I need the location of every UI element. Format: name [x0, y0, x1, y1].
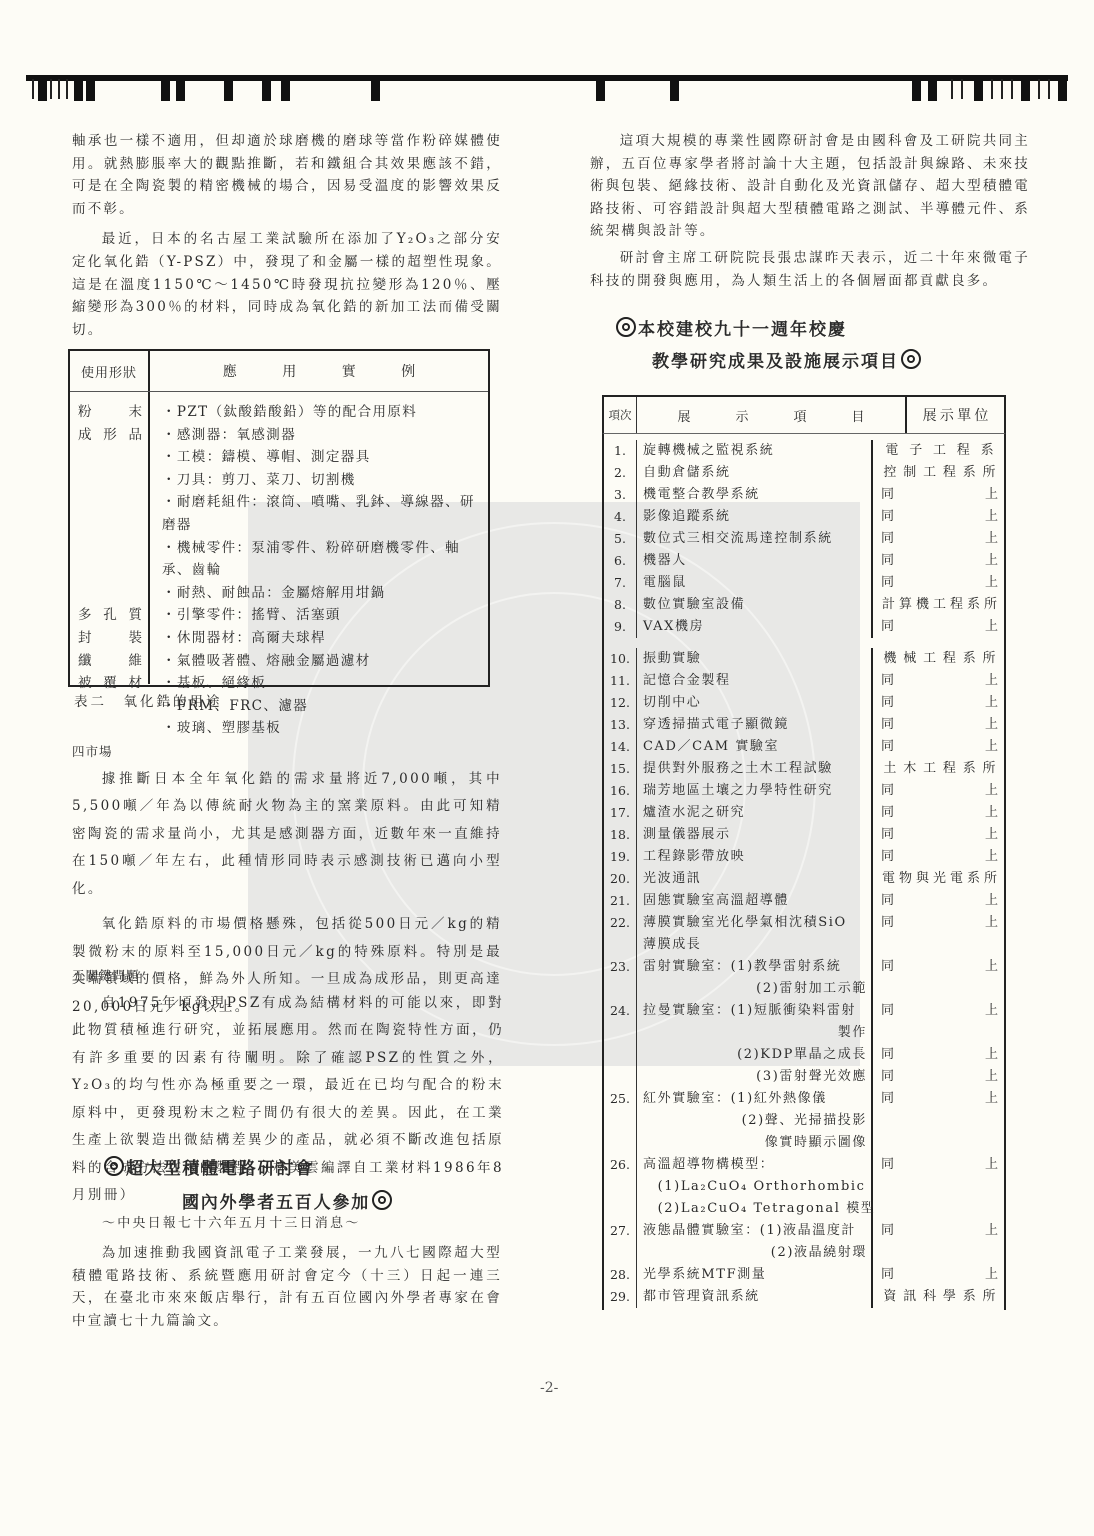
- header-char: 用: [282, 361, 296, 381]
- header-post: [1058, 79, 1067, 101]
- exhibit-row: (2)雷射加工示範: [604, 978, 1004, 1000]
- exhibit-row: 18.測量儀器展示同上: [604, 824, 1004, 846]
- exhibit-row: 22.薄膜實驗室光化學氣相沈積SiO同上: [604, 912, 1004, 934]
- exhibit-unit: 同上: [873, 616, 1004, 638]
- exhibit-row: 15.提供對外服務之土木工程試驗土木工程系所: [604, 758, 1004, 780]
- row-number: [604, 1022, 637, 1044]
- exhibit-unit: [873, 1022, 1004, 1044]
- exhibit-item: 數位實驗室設備: [637, 594, 873, 616]
- exhibit-unit: [873, 934, 1004, 956]
- row-number: 3.: [604, 484, 637, 506]
- exhibit-unit: 同上: [873, 780, 1004, 802]
- exhibit-unit: 同上: [873, 1154, 1004, 1176]
- exhibit-unit: [873, 978, 1004, 1000]
- header-tick: [1038, 79, 1040, 99]
- left-column-intro: 軸承也一樣不適用，但却適於球磨機的磨球等當作粉碎媒體使用。就熱膨脹率大的觀點推斷…: [72, 130, 502, 341]
- exhibit-row: (2)La₂CuO₄ Tetragonal 模型: [604, 1198, 1004, 1220]
- exhibit-row: 8.數位實驗室設備計算機工程系所: [604, 594, 1004, 616]
- exhibit-unit: 同上: [873, 1264, 1004, 1286]
- header-no: 項次: [604, 397, 637, 433]
- row-number: 18.: [604, 824, 637, 846]
- row-number: [604, 1132, 637, 1154]
- news-title-line-1: 超大型積體電路研討會: [102, 1154, 314, 1179]
- exhibit-item: (2)聲、光掃描投影: [637, 1110, 873, 1132]
- form-category: 多孔質: [70, 604, 148, 627]
- exhibit-unit: 計算機工程系所: [873, 594, 1004, 616]
- form-category: [70, 446, 148, 469]
- row-number: 13.: [604, 714, 637, 736]
- row-number: 19.: [604, 846, 637, 868]
- exhibit-row: 17.爐渣水泥之研究同上: [604, 802, 1004, 824]
- exhibit-item: 光學系統MTF測量: [637, 1264, 873, 1286]
- exhibit-item: 固態實驗室高溫超導體: [637, 890, 873, 912]
- application-example: ・引擎零件：搖臂、活塞頭: [162, 604, 488, 627]
- row-number: 17.: [604, 802, 637, 824]
- header-post: [974, 79, 983, 101]
- header-decoration-bar: [26, 75, 1068, 105]
- row-number: 29.: [604, 1286, 637, 1308]
- exhibit-row: 2.自動倉儲系統控制工程系所: [604, 462, 1004, 484]
- form-category: [70, 514, 148, 537]
- exhibit-unit: 同上: [873, 912, 1004, 934]
- row-number: 25.: [604, 1088, 637, 1110]
- header-tick: [32, 79, 34, 99]
- header-tick: [58, 79, 60, 99]
- row-number: 8.: [604, 594, 637, 616]
- exhibit-rows-part-1: 1.旋轉機械之監視系統電子工程系2.自動倉儲系統控制工程系所3.機電整合教學系統…: [602, 434, 1006, 644]
- exhibit-item: 都市管理資訊系統: [637, 1286, 873, 1308]
- header-char: 實: [342, 361, 356, 381]
- exhibit-rows-part-2: 10.振動實驗機械工程系所11.記憶合金製程同上12.切削中心同上13.穿透掃描…: [602, 644, 1006, 1310]
- exhibit-unit: 同上: [873, 550, 1004, 572]
- exhibit-item: 提供對外服務之土木工程試驗: [637, 758, 873, 780]
- header-post: [928, 79, 937, 101]
- exhibit-unit: 同上: [873, 1044, 1004, 1066]
- row-number: [604, 978, 637, 1000]
- header-tick: [66, 79, 68, 99]
- exhibit-unit: [873, 1242, 1004, 1264]
- exhibit-item: 爐渣水泥之研究: [637, 802, 873, 824]
- flower-icon: [901, 349, 921, 369]
- header-post: [1021, 79, 1030, 101]
- header-post: [161, 79, 170, 101]
- exhibit-title-line-1: 本校建校九十一週年校慶: [614, 315, 847, 340]
- row-number: [604, 1044, 637, 1066]
- header-tick: [991, 79, 993, 99]
- exhibit-row: (1)La₂CuO₄ Orthorhombic: [604, 1176, 1004, 1198]
- row-number: 12.: [604, 692, 637, 714]
- application-example: ・玻璃、塑膠基板: [162, 717, 488, 740]
- exhibit-row: (2)KDP單晶之成長同上: [604, 1044, 1004, 1066]
- header-char: 例: [401, 361, 415, 381]
- row-number: [604, 1066, 637, 1088]
- exhibit-unit: 同上: [873, 846, 1004, 868]
- application-example: ・刀具：剪刀、菜刀、切割機: [162, 469, 488, 492]
- header-post: [38, 79, 47, 101]
- exhibit-row: 薄膜成長: [604, 934, 1004, 956]
- header-post: [176, 79, 185, 101]
- row-number: 28.: [604, 1264, 637, 1286]
- row-number: 20.: [604, 868, 637, 890]
- exhibit-unit: 同上: [873, 890, 1004, 912]
- exhibit-row: 12.切削中心同上: [604, 692, 1004, 714]
- exhibit-row: (3)雷射聲光效應同上: [604, 1066, 1004, 1088]
- row-number: [604, 1242, 637, 1264]
- exhibit-item: 高溫超導物構模型：: [637, 1154, 873, 1176]
- exhibit-row: 26.高溫超導物構模型：同上: [604, 1154, 1004, 1176]
- exhibit-unit: 同上: [873, 956, 1004, 978]
- exhibit-unit: 同上: [873, 714, 1004, 736]
- form-category: 纖維: [70, 650, 148, 673]
- exhibit-row: 11.記憶合金製程同上: [604, 670, 1004, 692]
- header-post: [262, 79, 271, 101]
- row-number: 4.: [604, 506, 637, 528]
- table-body: 粉末成形品 多孔質封裝纖維被覆材 ・PZT（鈦酸鋯酸鉛）等的配合用原料・感測器：…: [70, 392, 488, 684]
- header-post: [371, 79, 380, 101]
- market-paragraph-1: 據推斷日本全年氧化鋯的需求量將近7,000噸，其中5,500噸／年為以傳統耐火物…: [72, 766, 502, 904]
- exhibit-item: 光波通訊: [637, 868, 873, 890]
- exhibit-unit: 同上: [873, 506, 1004, 528]
- exhibit-row: 製作: [604, 1022, 1004, 1044]
- header-char: 應: [223, 361, 237, 381]
- exhibit-item: 製作: [637, 1022, 873, 1044]
- exhibit-unit: 電子工程系: [873, 440, 1004, 462]
- row-number: 1.: [604, 440, 637, 462]
- row-number: [604, 934, 637, 956]
- exhibit-unit: [873, 1198, 1004, 1220]
- issues-heading: 五關鍵問題: [72, 962, 504, 990]
- market-heading: 四市場: [72, 738, 502, 766]
- exhibit-row: 29.都市管理資訊系統資訊科學系所: [604, 1286, 1004, 1308]
- flower-icon: [372, 1190, 392, 1210]
- form-category: [70, 491, 148, 514]
- exhibit-unit: [873, 1132, 1004, 1154]
- application-example: ・耐磨耗組件：滾筒、噴嘴、乳鉢、導線器、研磨器: [162, 491, 488, 536]
- header-tick: [1011, 79, 1013, 99]
- table-header-row: 使用形狀 應 用 實 例: [70, 351, 488, 392]
- exhibit-title-line-2: 教學研究成果及設施展示項目: [652, 347, 923, 372]
- row-number: 14.: [604, 736, 637, 758]
- header-unit: 展 示 單 位: [907, 397, 1004, 433]
- exhibit-title-text: 教學研究成果及設施展示項目: [652, 352, 899, 372]
- news-title-text: 超大型積體電路研討會: [126, 1159, 314, 1179]
- exhibit-row: 3.機電整合教學系統同上: [604, 484, 1004, 506]
- row-number: 16.: [604, 780, 637, 802]
- row-number: 23.: [604, 956, 637, 978]
- exhibit-item: 旋轉機械之監視系統: [637, 440, 873, 462]
- application-example: ・工模：鑄模、導帽、測定器具: [162, 446, 488, 469]
- exhibit-unit: 同上: [873, 1088, 1004, 1110]
- exhibit-unit: 同上: [873, 528, 1004, 550]
- exhibit-unit: 同上: [873, 1000, 1004, 1022]
- exhibit-row: 16.瑞芳地區土壤之力學特性研究同上: [604, 780, 1004, 802]
- header-post: [74, 79, 83, 101]
- form-category: [70, 469, 148, 492]
- row-number: 24.: [604, 1000, 637, 1022]
- examples-column: ・PZT（鈦酸鋯酸鉛）等的配合用原料・感測器：氧感測器・工模：鑄模、導帽、測定器…: [150, 392, 488, 684]
- exhibit-unit: 同上: [873, 692, 1004, 714]
- row-number: 26.: [604, 1154, 637, 1176]
- conference-paragraph-1: 這項大規模的專業性國際研討會是由國科會及工研院共同主辦，五百位專家學者將討論十大…: [590, 130, 1030, 243]
- exhibit-unit: 同上: [873, 484, 1004, 506]
- row-number: [604, 1176, 637, 1198]
- header-char: 示: [940, 405, 954, 425]
- exhibit-item: 切削中心: [637, 692, 873, 714]
- header-post: [670, 79, 679, 101]
- news-dateline: ～中央日報七十六年五月十三日消息～: [102, 1212, 360, 1231]
- exhibit-item: 數位式三相交流馬達控制系統: [637, 528, 873, 550]
- exhibit-item: (2)雷射加工示範: [637, 978, 873, 1000]
- exhibit-unit: 同上: [873, 1066, 1004, 1088]
- intro-paragraph-2: 最近，日本的名古屋工業試驗所在添加了Y₂O₃之部分安定化氧化鋯（Y-PSZ）中，…: [72, 228, 502, 341]
- exhibit-row: 23.雷射實驗室：(1)教學雷射系統同上: [604, 956, 1004, 978]
- header-post: [86, 79, 95, 101]
- exhibit-item: 穿透掃描式電子顯微鏡: [637, 714, 873, 736]
- exhibit-row: 24.拉曼實驗室：(1)短脈衝染料雷射同上: [604, 1000, 1004, 1022]
- exhibit-unit: 土木工程系所: [873, 758, 1004, 780]
- exhibit-row: 20.光波通訊電物與光電系所: [604, 868, 1004, 890]
- exhibit-unit: 控制工程系所: [873, 462, 1004, 484]
- exhibit-item: 電腦鼠: [637, 572, 873, 594]
- form-category-column: 粉末成形品 多孔質封裝纖維被覆材: [70, 392, 150, 684]
- header-tick: [50, 79, 52, 99]
- right-column-intro: 這項大規模的專業性國際研討會是由國科會及工研院共同主辦，五百位專家學者將討論十大…: [590, 130, 1030, 292]
- exhibit-item: 工程錄影帶放映: [637, 846, 873, 868]
- application-example: ・休閒器材：高爾夫球桿: [162, 627, 488, 650]
- exhibit-row: 19.工程錄影帶放映同上: [604, 846, 1004, 868]
- exhibit-row: 像實時顯示圖像: [604, 1132, 1004, 1154]
- exhibit-row: (2)聲、光掃描投影: [604, 1110, 1004, 1132]
- exhibit-item: 拉曼實驗室：(1)短脈衝染料雷射: [637, 1000, 873, 1022]
- form-category: [70, 537, 148, 560]
- exhibit-unit: [873, 1176, 1004, 1198]
- exhibit-row: 5.數位式三相交流馬達控制系統同上: [604, 528, 1004, 550]
- exhibit-item: 紅外實驗室：(1)紅外熱像儀: [637, 1088, 873, 1110]
- form-category: [70, 582, 148, 605]
- exhibit-row: (2)液晶繞射環: [604, 1242, 1004, 1264]
- exhibit-item: 薄膜實驗室光化學氣相沈積SiO: [637, 912, 873, 934]
- exhibit-item: (3)雷射聲光效應: [637, 1066, 873, 1088]
- exhibit-row: 13.穿透掃描式電子顯微鏡同上: [604, 714, 1004, 736]
- application-example: ・耐熱、耐蝕品：金屬熔解用坩鍋: [162, 582, 488, 605]
- exhibit-unit: 同上: [873, 802, 1004, 824]
- exhibit-table: 項次 展 示 項 目 展 示 單 位 1.旋轉機械之監視系統電子工程系2.自動倉…: [602, 395, 1006, 1310]
- header-post: [596, 79, 605, 101]
- row-number: 7.: [604, 572, 637, 594]
- header-tick: [1048, 79, 1050, 99]
- row-number: 5.: [604, 528, 637, 550]
- exhibit-item: (1)La₂CuO₄ Orthorhombic: [637, 1176, 873, 1198]
- conference-paragraph-2: 研討會主席工研院院長張忠謀昨天表示，近二十年來微電子科技的開發與應用，為人類生活…: [590, 247, 1030, 292]
- intro-paragraph-1: 軸承也一樣不適用，但却適於球磨機的磨球等當作粉碎媒體使用。就熱膨脹率大的觀點推斷…: [72, 130, 502, 220]
- news-title-text: 國內外學者五百人參加: [182, 1193, 370, 1213]
- application-example: ・氣體吸著體、熔融金屬過濾材: [162, 650, 488, 673]
- exhibit-item: 液態晶體實驗室：(1)液晶溫度計: [637, 1220, 873, 1242]
- exhibit-item: 自動倉儲系統: [637, 462, 873, 484]
- form-category: 粉末: [70, 401, 148, 424]
- header-post: [224, 79, 233, 101]
- exhibit-item: 機電整合教學系統: [637, 484, 873, 506]
- row-number: 21.: [604, 890, 637, 912]
- exhibit-unit: 機械工程系所: [873, 648, 1004, 670]
- flower-icon: [104, 1156, 124, 1176]
- form-category: 封裝: [70, 627, 148, 650]
- exhibit-table-header: 項次 展 示 項 目 展 示 單 位: [602, 395, 1006, 434]
- row-number: 10.: [604, 648, 637, 670]
- exhibit-item: VAX機房: [637, 616, 873, 638]
- exhibit-row: 25.紅外實驗室：(1)紅外熱像儀同上: [604, 1088, 1004, 1110]
- exhibit-item: 測量儀器展示: [637, 824, 873, 846]
- exhibit-row: 4.影像追蹤系統同上: [604, 506, 1004, 528]
- exhibit-item: (2)液晶繞射環: [637, 1242, 873, 1264]
- row-number: 9.: [604, 616, 637, 638]
- exhibit-item: (2)KDP單晶之成長: [637, 1044, 873, 1066]
- exhibit-row: 27.液態晶體實驗室：(1)液晶溫度計同上: [604, 1220, 1004, 1242]
- header-post: [281, 79, 290, 101]
- header-char: 展: [923, 405, 937, 425]
- news-paragraph: 為加速推動我國資訊電子工業發展，一九八七國際超大型積體電路技術、系統暨應用研討會…: [72, 1242, 502, 1332]
- exhibit-item: 雷射實驗室：(1)教學雷射系統: [637, 956, 873, 978]
- row-number: 27.: [604, 1220, 637, 1242]
- exhibit-unit: 電物與光電系所: [873, 868, 1004, 890]
- application-example: ・感測器：氧感測器: [162, 424, 488, 447]
- exhibit-unit: 資訊科學系所: [873, 1286, 1004, 1308]
- exhibit-item: 影像追蹤系統: [637, 506, 873, 528]
- header-char: 展: [677, 406, 690, 425]
- exhibit-row: 1.旋轉機械之監視系統電子工程系: [604, 440, 1004, 462]
- row-number: [604, 1198, 637, 1220]
- exhibit-row: 7.電腦鼠同上: [604, 572, 1004, 594]
- row-number: 15.: [604, 758, 637, 780]
- exhibit-unit: 同上: [873, 572, 1004, 594]
- flower-icon: [616, 317, 636, 337]
- form-category: [70, 559, 148, 582]
- header-post: [912, 79, 921, 101]
- exhibit-row: 14.CAD／CAM 實驗室同上: [604, 736, 1004, 758]
- exhibit-item: 機器人: [637, 550, 873, 572]
- exhibit-row: 28.光學系統MTF測量同上: [604, 1264, 1004, 1286]
- header-tick: [1001, 79, 1003, 99]
- header-tick: [951, 79, 953, 99]
- header-examples: 應 用 實 例: [150, 351, 488, 391]
- exhibit-item: 像實時顯示圖像: [637, 1132, 873, 1154]
- row-number: [604, 1110, 637, 1132]
- header-char: 項: [793, 406, 806, 425]
- row-number: 11.: [604, 670, 637, 692]
- exhibit-item: 薄膜成長: [637, 934, 873, 956]
- exhibit-row: 9.VAX機房同上: [604, 616, 1004, 638]
- row-number: 2.: [604, 462, 637, 484]
- news-body: 為加速推動我國資訊電子工業發展，一九八七國際超大型積體電路技術、系統暨應用研討會…: [72, 1242, 502, 1332]
- header-char: 示: [735, 406, 748, 425]
- header-char: 單: [957, 405, 971, 425]
- exhibit-unit: [873, 1110, 1004, 1132]
- header-char: 目: [851, 406, 864, 425]
- header-tick: [961, 79, 963, 99]
- row-number: 22.: [604, 912, 637, 934]
- table-caption: 表二 氧化鋯的用途: [74, 690, 223, 710]
- exhibit-row: 6.機器人同上: [604, 550, 1004, 572]
- application-example: ・PZT（鈦酸鋯酸鉛）等的配合用原料: [162, 401, 488, 424]
- exhibit-unit: 同上: [873, 824, 1004, 846]
- zirconia-uses-table: 使用形狀 應 用 實 例 粉末成形品 多孔質封裝纖維被覆材 ・PZT（鈦酸鋯酸鉛…: [68, 349, 490, 687]
- header-char: 位: [974, 405, 988, 425]
- exhibit-item: 記憶合金製程: [637, 670, 873, 692]
- exhibit-unit: 同上: [873, 736, 1004, 758]
- exhibit-row: 10.振動實驗機械工程系所: [604, 648, 1004, 670]
- exhibit-unit: 同上: [873, 1220, 1004, 1242]
- exhibit-unit: 同上: [873, 670, 1004, 692]
- row-number: 6.: [604, 550, 637, 572]
- header-item: 展 示 項 目: [637, 397, 907, 433]
- form-category: 成形品: [70, 424, 148, 447]
- application-example: ・機械零件：泵浦零件、粉碎研磨機零件、軸承、齒輪: [162, 537, 488, 582]
- exhibit-item: 瑞芳地區土壤之力學特性研究: [637, 780, 873, 802]
- exhibit-title-text: 本校建校九十一週年校慶: [638, 320, 847, 340]
- page-number: -2-: [540, 1380, 558, 1396]
- exhibit-row: 21.固態實驗室高溫超導體同上: [604, 890, 1004, 912]
- header-form: 使用形狀: [70, 351, 150, 391]
- exhibit-item: (2)La₂CuO₄ Tetragonal 模型: [637, 1198, 873, 1220]
- exhibit-item: CAD／CAM 實驗室: [637, 736, 873, 758]
- news-title-line-2: 國內外學者五百人參加: [182, 1188, 394, 1213]
- exhibit-item: 振動實驗: [637, 648, 873, 670]
